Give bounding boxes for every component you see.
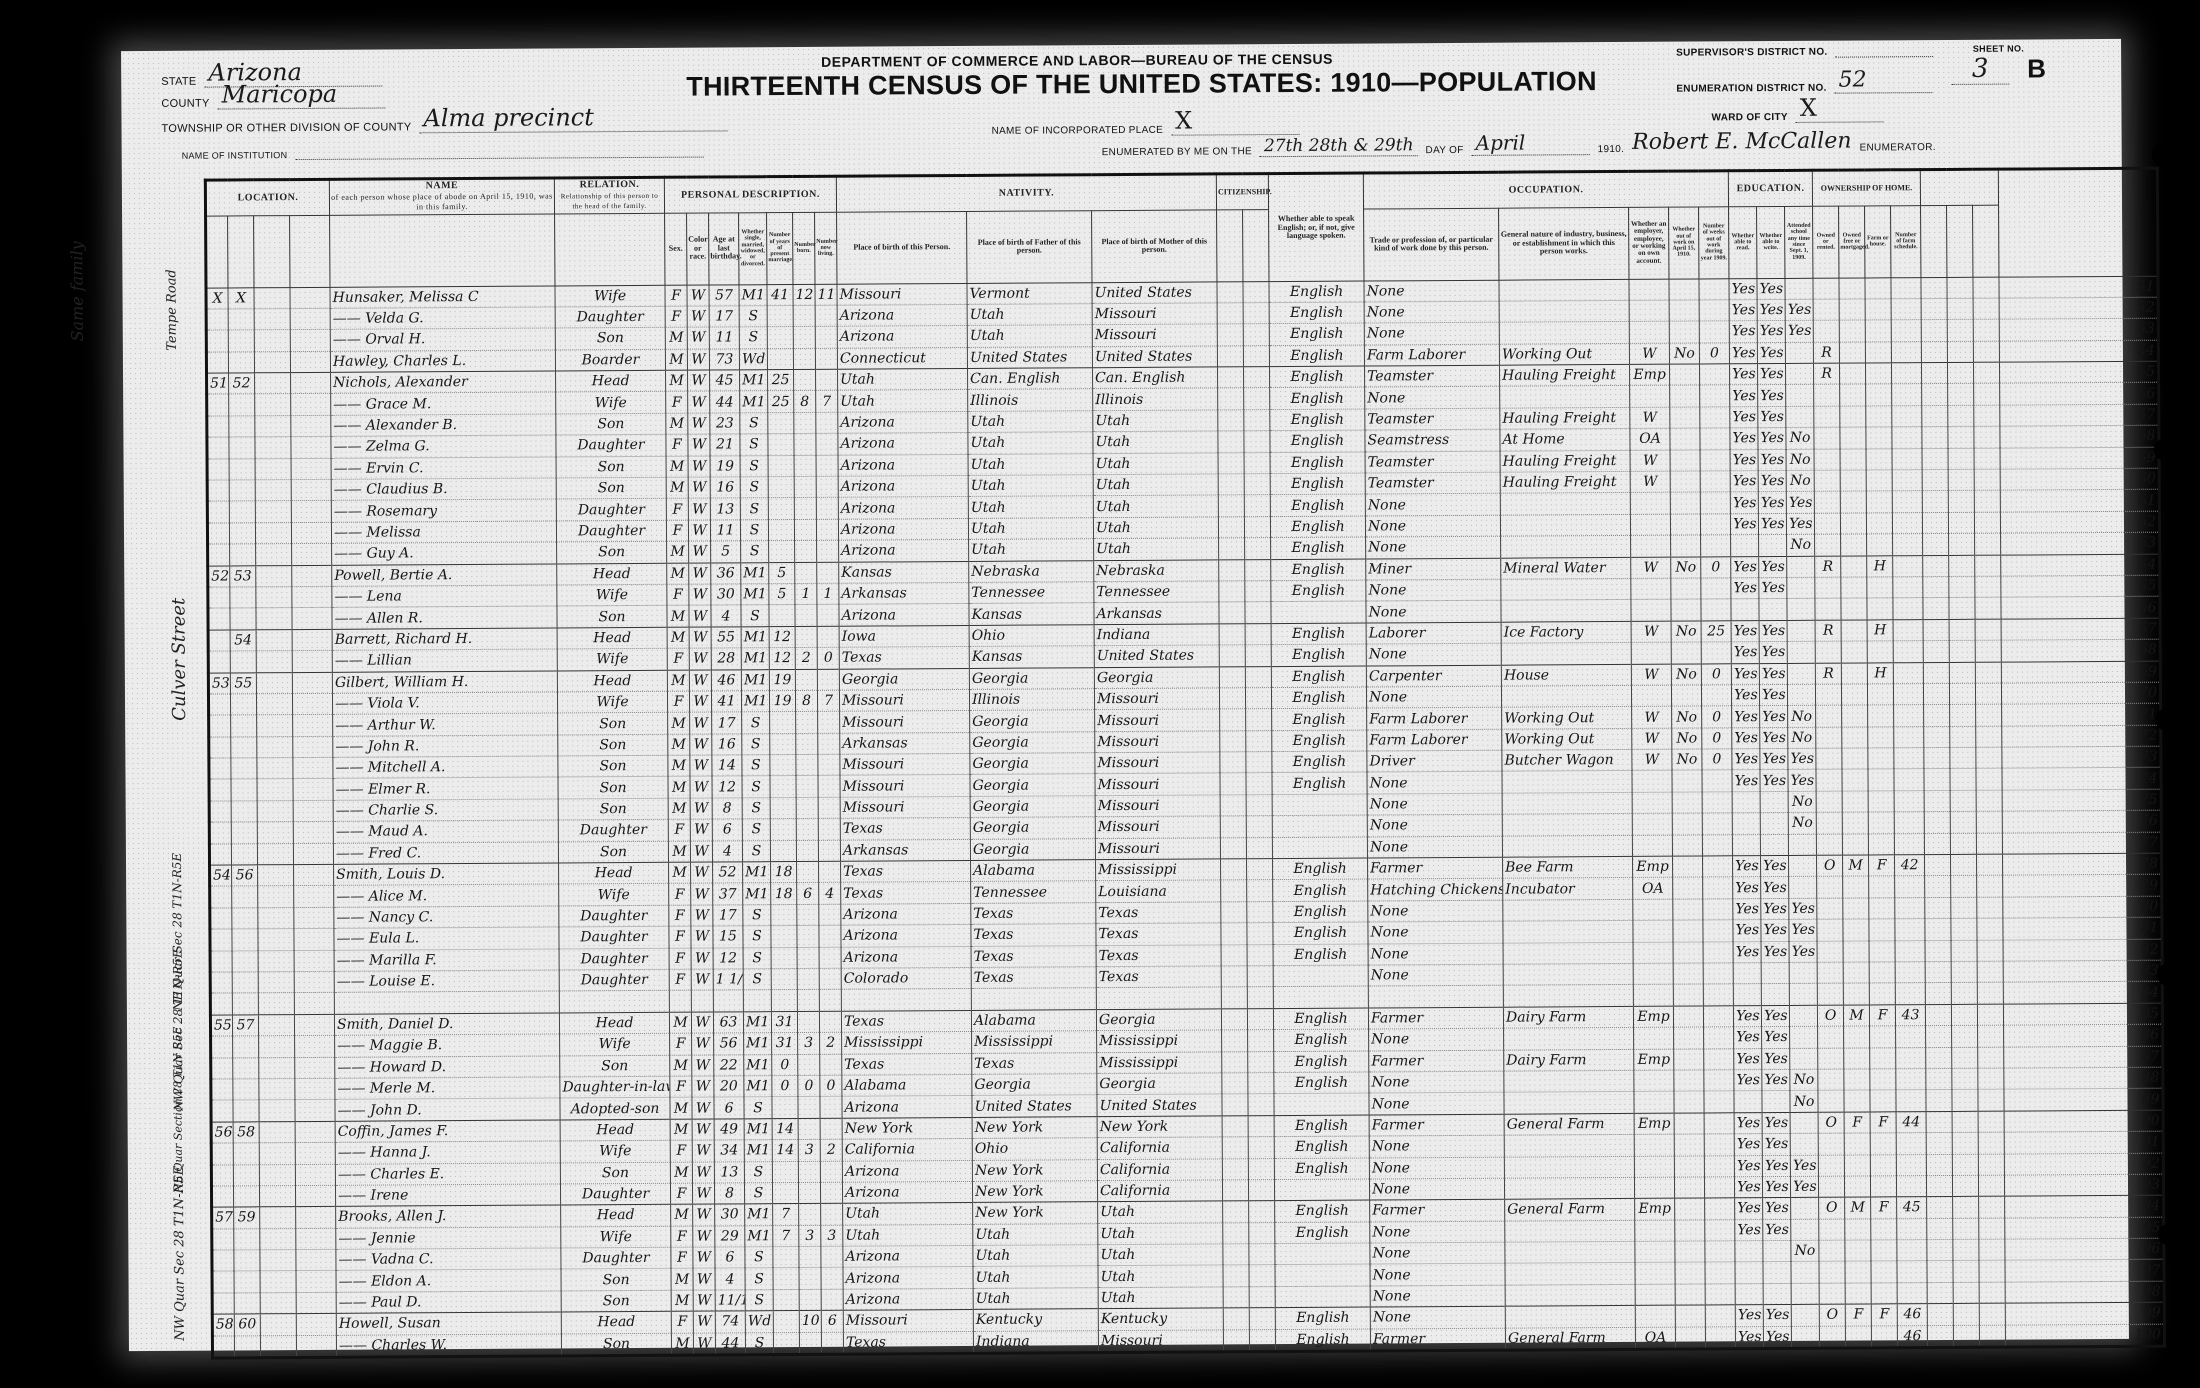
blank-cell xyxy=(1977,918,2003,940)
age: 13 xyxy=(714,1161,744,1183)
age: 12 xyxy=(712,776,742,798)
blank-cell xyxy=(1927,1197,1953,1219)
language: English xyxy=(1271,580,1366,602)
dwelling-number xyxy=(211,1036,233,1058)
industry xyxy=(1503,899,1633,921)
dwelling-number: 52 xyxy=(208,566,230,588)
home-owned xyxy=(1816,705,1842,727)
out-of-work xyxy=(1673,1006,1703,1028)
relation: Head xyxy=(557,563,667,585)
years-married: 18 xyxy=(771,862,797,884)
race: W xyxy=(692,1055,714,1077)
blank-cell xyxy=(1975,512,2001,534)
industry xyxy=(1503,942,1633,964)
blank-cell xyxy=(1925,919,1951,941)
farm-house xyxy=(1866,448,1892,470)
line-number: 95 xyxy=(2005,1217,2164,1239)
blank-cell xyxy=(295,1142,335,1164)
blank-cell xyxy=(296,1292,336,1314)
weeks-out xyxy=(1705,1305,1735,1327)
home-owned xyxy=(1815,513,1841,535)
father-birthplace: Illinois xyxy=(968,389,1093,411)
employment-class xyxy=(1635,1241,1675,1263)
punch-hole xyxy=(2157,964,2179,986)
line-number: 68 xyxy=(2001,639,2160,661)
free-mortgaged xyxy=(1844,1069,1870,1091)
can-read: Yes xyxy=(1734,1005,1762,1027)
farm-house xyxy=(1871,1325,1897,1348)
blank-cell xyxy=(1950,769,1976,791)
birthplace: Missouri xyxy=(843,1310,973,1332)
weeks-out xyxy=(1701,578,1731,600)
race: W xyxy=(687,285,709,307)
attended-school xyxy=(1790,1133,1818,1155)
children-living: 11 xyxy=(815,284,837,306)
birthplace: Arizona xyxy=(837,326,967,348)
marital-status: S xyxy=(740,498,768,520)
employment-class xyxy=(1631,600,1671,622)
language: English xyxy=(1274,1029,1369,1051)
years-married xyxy=(773,1268,799,1290)
attended-school: No xyxy=(1787,534,1815,556)
years-married: 0 xyxy=(772,1075,798,1097)
blank-cell xyxy=(1249,1222,1275,1244)
farm-house xyxy=(1871,1176,1897,1198)
out-of-work xyxy=(1675,1177,1705,1199)
can-write: Yes xyxy=(1760,706,1788,728)
dwelling-number xyxy=(209,844,231,866)
trade: None xyxy=(1366,579,1501,601)
blank-cell xyxy=(1979,1325,2005,1348)
farm-house: F xyxy=(1869,855,1895,877)
home-owned xyxy=(1814,385,1840,407)
sheet-number: SHEET NO. 3 B xyxy=(1951,43,2046,85)
blank-cell xyxy=(292,608,332,630)
weeks-out xyxy=(1705,1177,1735,1199)
blank-cell xyxy=(255,437,291,459)
race: W xyxy=(691,883,713,905)
relation: Daughter xyxy=(561,1247,671,1269)
trade: Teamster xyxy=(1365,408,1500,430)
weeks-out xyxy=(1705,1326,1735,1349)
years-married xyxy=(767,305,793,327)
weeks-out xyxy=(1702,770,1732,792)
race: W xyxy=(693,1311,715,1333)
blank-cell xyxy=(1221,966,1247,988)
line-number: 52 xyxy=(1999,297,2158,319)
birthplace: Georgia xyxy=(839,668,969,690)
family-number xyxy=(233,1143,259,1165)
farm-house xyxy=(1868,705,1894,727)
attended-school xyxy=(1788,684,1816,706)
blank-cell xyxy=(1979,1218,2005,1240)
race xyxy=(691,990,713,1012)
blank-cell xyxy=(295,1121,335,1143)
blank-cell xyxy=(1248,1094,1274,1116)
weeks-out xyxy=(1703,941,1733,963)
blank-cell xyxy=(1219,688,1245,710)
sex: F xyxy=(666,499,688,521)
years-married: 12 xyxy=(769,626,795,648)
children-born xyxy=(794,476,816,498)
home-owned xyxy=(1813,278,1839,300)
can-read: Yes xyxy=(1730,428,1758,450)
employment-class xyxy=(1634,1134,1674,1156)
birthplace: Texas xyxy=(840,818,970,840)
weeks-out xyxy=(1700,364,1730,386)
person-name: —— Zelma G. xyxy=(331,435,556,458)
attended-school: No xyxy=(1786,428,1814,450)
mother-birthplace: Utah xyxy=(1093,431,1218,453)
blank-cell xyxy=(1924,790,1950,812)
language: English xyxy=(1273,879,1368,901)
birthplace: Connecticut xyxy=(837,347,967,369)
attended-school: Yes xyxy=(1785,321,1813,343)
can-read xyxy=(1735,1283,1763,1305)
can-read: Yes xyxy=(1733,898,1761,920)
blank-cell xyxy=(1217,345,1243,367)
free-mortgaged xyxy=(1844,1090,1870,1112)
family-number xyxy=(230,587,256,609)
blank-cell xyxy=(1244,409,1270,431)
employment-class: W xyxy=(1632,706,1672,728)
blank-cell xyxy=(1248,1158,1274,1180)
blank-cell xyxy=(1245,623,1271,645)
language: English xyxy=(1275,1307,1370,1329)
blank-cell xyxy=(1977,876,2003,898)
birthplace: Arizona xyxy=(838,518,968,540)
trade: Farm Laborer xyxy=(1367,708,1502,730)
sex: M xyxy=(665,349,687,371)
blank-cell xyxy=(257,758,293,780)
blank-cell xyxy=(259,1100,295,1122)
blank-cell xyxy=(1247,966,1273,988)
punch-hole xyxy=(2152,144,2174,166)
sex: M xyxy=(666,456,688,478)
birthplace: Arizona xyxy=(838,497,968,519)
dwelling-number xyxy=(207,394,229,416)
can-write: Yes xyxy=(1761,855,1789,877)
industry: General Farm xyxy=(1505,1199,1635,1221)
blank-cell xyxy=(1924,683,1950,705)
can-read: Yes xyxy=(1733,920,1761,942)
years-married xyxy=(767,348,793,370)
father-birthplace: Utah xyxy=(973,1288,1098,1310)
language: English xyxy=(1274,1072,1369,1094)
language xyxy=(1272,794,1367,816)
blank-cell xyxy=(1245,688,1271,710)
blank-cell xyxy=(295,1057,335,1079)
attended-school xyxy=(1790,1026,1818,1048)
can-read: Yes xyxy=(1734,1048,1762,1070)
mother-birthplace: Arkansas xyxy=(1094,602,1219,624)
blank-cell xyxy=(1922,427,1948,449)
sex: M xyxy=(671,1290,693,1312)
dwelling-number xyxy=(208,544,230,566)
free-mortgaged xyxy=(1845,1326,1871,1349)
weeks-out xyxy=(1699,278,1729,300)
children-living xyxy=(815,305,837,327)
language: English xyxy=(1275,1222,1370,1244)
can-write xyxy=(1761,962,1789,984)
employment-class xyxy=(1631,578,1671,600)
page-title: THIRTEENTH CENSUS OF THE UNITED STATES: … xyxy=(686,66,1597,103)
mother-birthplace: Missouri xyxy=(1094,688,1219,710)
family-number xyxy=(232,929,258,951)
can-write: Yes xyxy=(1759,620,1787,642)
children-living xyxy=(820,1097,842,1119)
marital-status: S xyxy=(745,1247,773,1269)
blank-cell xyxy=(1248,1180,1274,1202)
person-name: —— Velda G. xyxy=(330,307,555,330)
age: 30 xyxy=(711,584,741,606)
blank-cell xyxy=(1978,1025,2004,1047)
marital-status: S xyxy=(745,1290,773,1312)
blank-cell xyxy=(259,1036,295,1058)
children-living xyxy=(818,819,840,841)
blank-cell xyxy=(1219,538,1245,560)
family-number xyxy=(228,351,254,373)
free-mortgaged xyxy=(1845,1261,1871,1283)
race: W xyxy=(692,1119,714,1141)
industry xyxy=(1499,300,1629,322)
home-owned xyxy=(1819,1240,1845,1262)
trade: Farm Laborer xyxy=(1364,344,1499,366)
age: 8 xyxy=(715,1183,745,1205)
birthplace: Texas xyxy=(841,1010,971,1032)
birthplace: Missouri xyxy=(840,754,970,776)
person-name: Smith, Daniel D. xyxy=(334,1013,559,1036)
family-number: 57 xyxy=(232,1015,258,1037)
relation: Son xyxy=(558,777,668,799)
can-write: Yes xyxy=(1759,642,1787,664)
attended-school xyxy=(1791,1219,1819,1241)
blank-cell xyxy=(1952,1154,1978,1176)
farm-schedule xyxy=(1892,363,1922,385)
blank-cell xyxy=(1220,795,1246,817)
farm-schedule: 46 xyxy=(1897,1304,1927,1326)
blank-cell xyxy=(1220,773,1246,795)
mother-birthplace: Missouri xyxy=(1095,773,1220,795)
free-mortgaged xyxy=(1843,876,1869,898)
attended-school: Yes xyxy=(1789,919,1817,941)
blank-cell xyxy=(1218,452,1244,474)
line-number: 72 xyxy=(2002,725,2161,747)
industry xyxy=(1501,643,1631,665)
employment-class: W xyxy=(1630,450,1670,472)
can-read: Yes xyxy=(1730,513,1758,535)
line-number: 63 xyxy=(2001,532,2160,554)
line-number: 76 xyxy=(2002,810,2161,832)
farm-schedule xyxy=(1895,983,1925,1005)
blank-cell xyxy=(255,394,291,416)
farm-house xyxy=(1869,898,1895,920)
line-number: 96 xyxy=(2005,1238,2164,1260)
person-name: —— Jennie xyxy=(336,1227,561,1250)
marital-status: S xyxy=(744,1097,772,1119)
relation: Head xyxy=(560,1119,670,1141)
mother-birthplace: United States xyxy=(1097,1094,1222,1116)
children-born xyxy=(794,412,816,434)
blank-cell xyxy=(1952,1025,1978,1047)
industry xyxy=(1504,1028,1634,1050)
out-of-work xyxy=(1674,1027,1704,1049)
language xyxy=(1275,1179,1370,1201)
free-mortgaged xyxy=(1845,1176,1871,1198)
person-name: —— Eldon A. xyxy=(336,1269,561,1292)
family-number xyxy=(228,309,254,331)
home-owned xyxy=(1817,962,1843,984)
age xyxy=(713,990,743,1012)
farm-schedule xyxy=(1895,940,1925,962)
language xyxy=(1273,965,1368,987)
industry xyxy=(1500,493,1630,515)
relation: Boarder xyxy=(555,349,665,371)
blank-cell xyxy=(1975,555,2001,577)
industry: Bee Farm xyxy=(1503,856,1633,878)
blank-cell xyxy=(1948,362,1974,384)
person-name: Howell, Susan xyxy=(336,1312,561,1335)
blank-cell xyxy=(1947,320,1973,342)
blank-cell xyxy=(1922,405,1948,427)
language xyxy=(1275,1264,1370,1286)
employment-class xyxy=(1631,685,1671,707)
blank-cell xyxy=(260,1207,296,1229)
trade: None xyxy=(1364,322,1499,344)
children-living: 4 xyxy=(819,883,841,905)
can-write xyxy=(1763,1241,1791,1263)
employment-class: W xyxy=(1632,749,1672,771)
mother-birthplace: Missouri xyxy=(1092,324,1217,346)
relation: Daughter xyxy=(556,499,666,521)
dwelling-number xyxy=(209,801,231,823)
blank-cell xyxy=(260,1335,296,1358)
free-mortgaged: M xyxy=(1844,1005,1870,1027)
father-birthplace: Utah xyxy=(973,1223,1098,1245)
industry: Hauling Freight xyxy=(1500,364,1630,386)
out-of-work xyxy=(1675,1284,1705,1306)
can-write: Yes xyxy=(1761,877,1789,899)
blank-cell xyxy=(1217,303,1243,325)
blank-cell xyxy=(291,372,331,394)
language: English xyxy=(1273,922,1368,944)
employment-class: OA xyxy=(1630,428,1670,450)
free-mortgaged xyxy=(1839,342,1865,364)
attended-school: No xyxy=(1788,727,1816,749)
blank-cell xyxy=(291,479,331,501)
marital-status: S xyxy=(744,1161,772,1183)
dwelling-number: 58 xyxy=(212,1314,234,1336)
blank-cell xyxy=(292,565,332,587)
employment-class xyxy=(1629,279,1669,301)
industry: Hauling Freight xyxy=(1500,407,1630,429)
blank-cell xyxy=(1217,324,1243,346)
children-living xyxy=(819,1011,841,1033)
blank-cell xyxy=(292,544,332,566)
blank-cell xyxy=(1927,1240,1953,1262)
language xyxy=(1273,986,1368,1008)
language: English xyxy=(1273,944,1368,966)
birthplace: Arizona xyxy=(842,1160,972,1182)
years-married xyxy=(770,840,796,862)
employment-class: W xyxy=(1631,621,1671,643)
enumerator-signature: Robert E. McCallen xyxy=(1632,129,1852,155)
blank-cell xyxy=(1249,1308,1275,1330)
trade: Farmer xyxy=(1370,1328,1505,1351)
years-married xyxy=(773,1182,799,1204)
dwelling-number xyxy=(211,1186,233,1208)
farm-house: H xyxy=(1867,555,1893,577)
children-born: 3 xyxy=(798,1139,820,1161)
birthplace: Missouri xyxy=(837,283,967,305)
can-write xyxy=(1760,813,1788,835)
blank-cell xyxy=(1974,426,2000,448)
children-living xyxy=(820,1118,842,1140)
farm-schedule xyxy=(1895,962,1925,984)
blank-cell xyxy=(1246,794,1272,816)
blank-cell xyxy=(1222,1051,1248,1073)
weeks-out xyxy=(1703,856,1733,878)
person-name: —— Melissa xyxy=(331,521,556,544)
can-write: Yes xyxy=(1757,321,1785,343)
children-living xyxy=(816,519,838,541)
dwelling-number xyxy=(209,737,231,759)
out-of-work xyxy=(1670,450,1700,472)
father-birthplace: Georgia xyxy=(972,1074,1097,1096)
birthplace: Arkansas xyxy=(839,582,969,604)
attended-school xyxy=(1791,1262,1819,1284)
person-name: —— Ervin C. xyxy=(331,457,556,480)
blank-cell xyxy=(1925,876,1951,898)
blank-cell xyxy=(1245,538,1271,560)
years-married xyxy=(771,904,797,926)
blank-cell xyxy=(1244,474,1270,496)
years-married xyxy=(770,776,796,798)
farm-house xyxy=(1869,876,1895,898)
blank-cell xyxy=(1976,769,2002,791)
weeks-out xyxy=(1700,514,1730,536)
blank-cell xyxy=(1221,1009,1247,1031)
years-married: 31 xyxy=(771,1011,797,1033)
out-of-work xyxy=(1675,1305,1705,1327)
birthplace: Arizona xyxy=(841,946,971,968)
free-mortgaged xyxy=(1845,1219,1871,1241)
weeks-out xyxy=(1704,1113,1734,1135)
farm-schedule xyxy=(1891,320,1921,342)
relation: Wife xyxy=(557,584,667,606)
can-read xyxy=(1732,834,1760,856)
farm-house xyxy=(1865,299,1891,321)
family-number xyxy=(232,972,258,994)
census-table: LOCATION. NAMEof each person whose place… xyxy=(204,167,2166,1360)
years-married xyxy=(768,434,794,456)
industry: Working Out xyxy=(1502,707,1632,729)
family-number xyxy=(231,758,257,780)
weeks-out xyxy=(1700,385,1730,407)
attended-school xyxy=(1791,1283,1819,1305)
out-of-work xyxy=(1674,1091,1704,1113)
out-of-work xyxy=(1669,300,1699,322)
attended-school: Yes xyxy=(1788,748,1816,770)
family-number xyxy=(229,523,255,545)
blank-cell xyxy=(1248,1073,1274,1095)
farm-schedule xyxy=(1893,641,1923,663)
free-mortgaged xyxy=(1839,320,1865,342)
relation: Son xyxy=(558,755,668,777)
children-born: 3 xyxy=(798,1033,820,1055)
family-number: 58 xyxy=(233,1122,259,1144)
father-birthplace: Georgia xyxy=(970,753,1095,775)
